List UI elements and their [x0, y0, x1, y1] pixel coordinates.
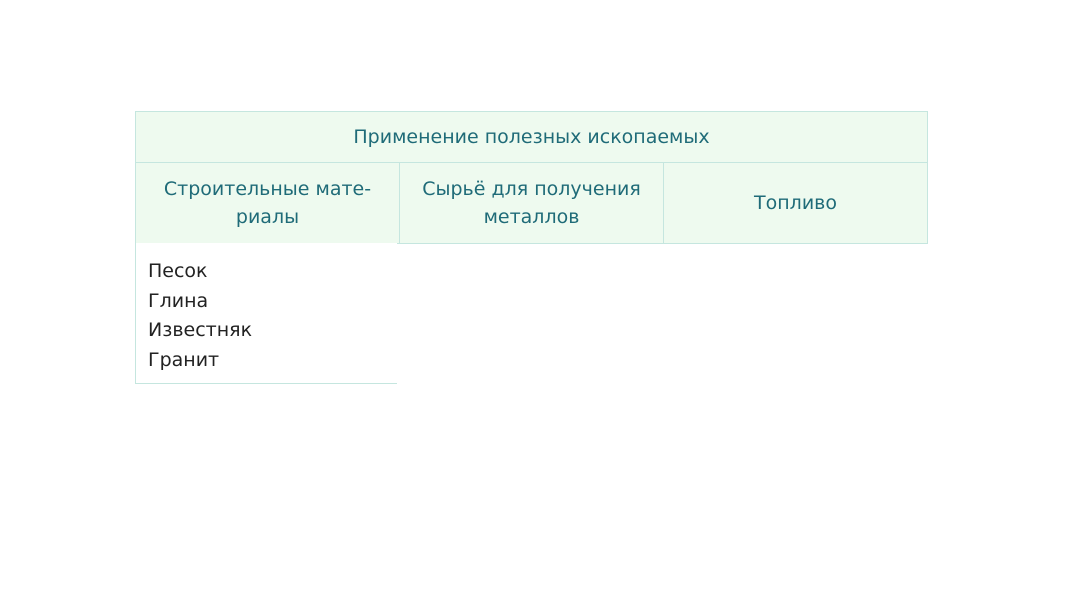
- column-header-fuel: Топливо: [663, 162, 928, 244]
- list-item: Глина: [148, 287, 397, 317]
- column-header-building-materials: Строительные мате-риалы: [135, 162, 400, 244]
- building-materials-cell: Песок Глина Известняк Гранит: [135, 243, 397, 384]
- column-header-metal-raw-materials: Сырьё для получения металлов: [399, 162, 664, 244]
- list-item: Гранит: [148, 346, 397, 376]
- list-item: Известняк: [148, 316, 397, 346]
- column-header-row: Строительные мате-риалы Сырьё для получе…: [135, 162, 928, 244]
- table-title: Применение полезных ископаемых: [135, 111, 928, 163]
- list-item: Песок: [148, 257, 397, 287]
